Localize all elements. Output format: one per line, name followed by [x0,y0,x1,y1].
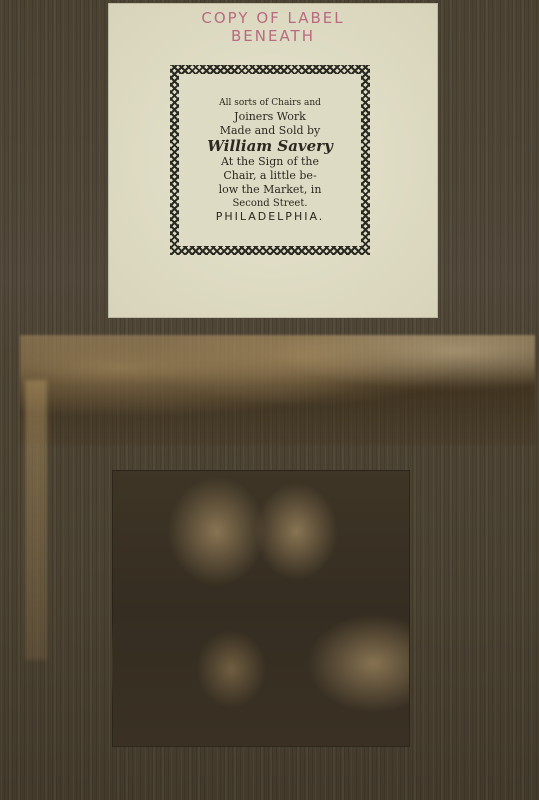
glue-stain-left [25,380,47,660]
label-line: Made and Sold by [220,124,321,138]
label-line: Chair, a little be- [223,169,316,183]
paper-label-card: COPY OF LABEL BENEATH All sorts of Chair… [108,3,438,318]
label-line: At the Sign of the [221,155,319,169]
note-line-2: BENEATH [108,27,438,45]
label-line: Joiners Work [234,110,306,124]
label-copy-text: All sorts of Chairs and Joiners Work Mad… [179,74,361,246]
decorative-border-frame: All sorts of Chairs and Joiners Work Mad… [170,65,370,255]
label-line: low the Market, in [219,183,322,197]
note-line-1: COPY OF LABEL [108,9,438,27]
label-line: All sorts of Chairs and [219,97,321,110]
maker-name: William Savery [207,138,333,155]
glue-stain-band [20,335,535,445]
original-label-remnant [112,470,410,747]
city-name: PHILADELPHIA. [216,210,325,224]
label-line: Second Street. [232,197,307,210]
handwritten-note: COPY OF LABEL BENEATH [108,9,438,45]
